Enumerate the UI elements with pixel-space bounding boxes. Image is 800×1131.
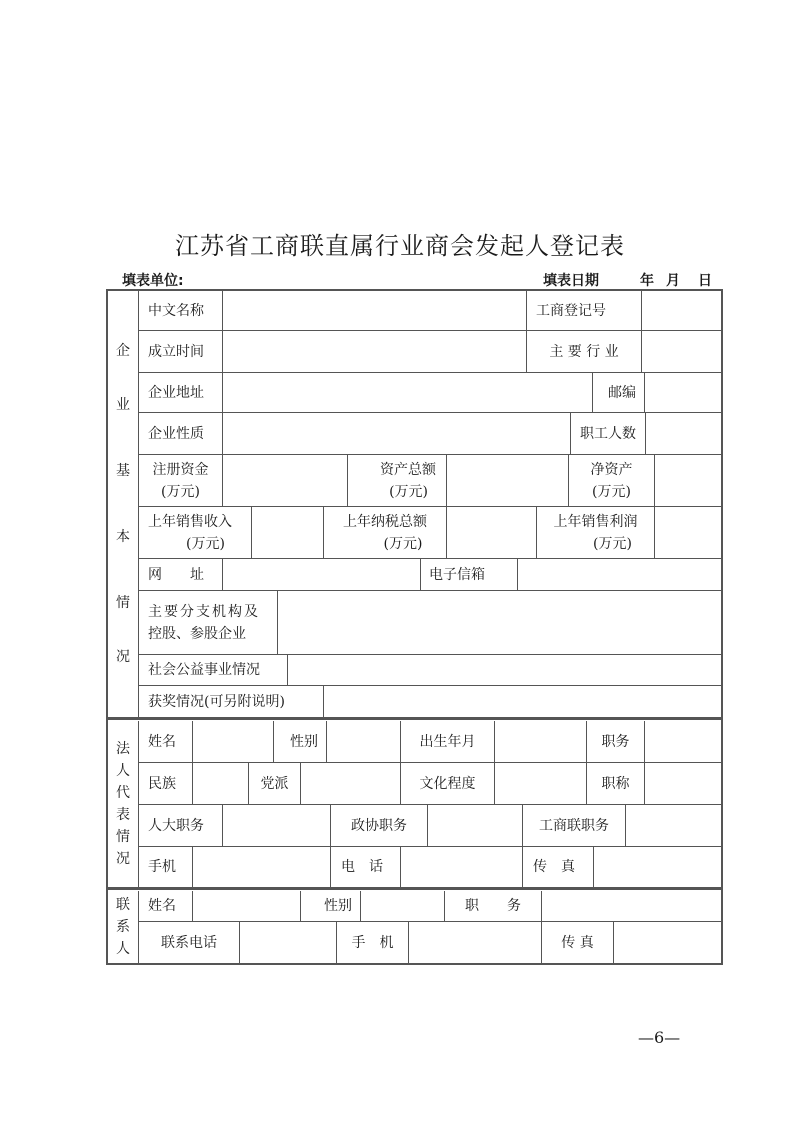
contact-mobile-field[interactable] [409,922,542,963]
last-tax-field[interactable] [447,507,537,559]
section-contact-label: 联 系 人 [108,891,139,963]
registration-table: 企 业 基 本 情 况 中文名称 工商登记号 成立时间 主 要 行 业 企业地址… [106,289,723,965]
label-contact-mobile: 手 机 [337,922,409,963]
label-founded: 成立时间 [139,331,223,373]
label-nature: 企业性质 [139,413,223,455]
address-field[interactable] [223,373,593,413]
lr-npc-field[interactable] [223,805,331,847]
label-contact-fax: 传 真 [542,922,614,963]
industry-field[interactable] [642,331,721,373]
label-lr-ethnicity: 民族 [139,763,193,805]
label-line: 上年纳税总额 [343,511,427,533]
label-address: 企业地址 [139,373,223,413]
lr-fax-field[interactable] [594,847,721,888]
label-lr-phone: 电 话 [331,847,401,888]
section-char: 表 [116,804,130,826]
fill-date-label: 填表日期 [543,270,599,290]
lr-phone-field[interactable] [401,847,523,888]
staff-count-field[interactable] [646,413,721,455]
label-contact-gender: 性别 [301,891,361,922]
lr-party-field[interactable] [301,763,401,805]
label-line: 控股、参股企业 [148,623,246,645]
form-title: 江苏省工商联直属行业商会发起人登记表 [0,226,800,261]
fill-unit-label: 填表单位: [122,270,184,290]
label-lr-position: 职务 [587,721,645,763]
net-assets-field[interactable] [655,455,721,507]
label-line: 资产总额 [380,459,436,481]
last-profit-field[interactable] [655,507,721,559]
label-reg-no: 工商登记号 [527,291,642,331]
label-lr-title: 职称 [587,763,645,805]
label-lr-gender: 性别 [274,721,327,763]
label-total-assets: 资产总额 (万元) [348,455,447,507]
website-field[interactable] [223,559,421,591]
section-char: 本 [116,526,130,548]
day-label: 日 [698,270,712,290]
awards-field[interactable] [324,686,721,718]
label-reg-capital: 注册资金 (万元) [139,455,223,507]
label-line: (万元) [148,533,225,555]
lr-ethnicity-field[interactable] [193,763,249,805]
label-contact-position: 职 务 [445,891,542,922]
lr-name-field[interactable] [193,721,274,763]
label-line: (万元) [592,481,631,503]
label-last-profit: 上年销售利润 (万元) [537,507,655,559]
lr-fic-field[interactable] [626,805,721,847]
label-lr-birth: 出生年月 [401,721,495,763]
label-last-sales: 上年销售收入 (万元) [139,507,252,559]
label-lr-mobile: 手机 [139,847,193,888]
label-lr-cppcc: 政协职务 [331,805,428,847]
label-lr-name: 姓名 [139,721,193,763]
lr-mobile-field[interactable] [193,847,331,888]
label-website: 网 址 [139,559,223,591]
contact-phone-field[interactable] [240,922,337,963]
label-line: (万元) [348,533,423,555]
label-lr-npc: 人大职务 [139,805,223,847]
label-lr-party: 党派 [249,763,301,805]
charity-field[interactable] [288,655,721,686]
section-legal-rep-label: 法 人 代 表 情 况 [108,721,139,888]
label-industry: 主 要 行 业 [527,331,642,373]
page-number: —6— [638,1028,680,1047]
last-sales-field[interactable] [252,507,324,559]
chinese-name-field[interactable] [223,291,527,331]
lr-gender-field[interactable] [327,721,401,763]
section-divider [108,888,721,890]
label-email: 电子信箱 [421,559,518,591]
nature-field[interactable] [223,413,571,455]
label-chinese-name: 中文名称 [139,291,223,331]
postcode-field[interactable] [645,373,721,413]
label-lr-education: 文化程度 [401,763,495,805]
section-char: 况 [116,646,130,668]
label-lr-fic: 工商联职务 [523,805,626,847]
month-label: 月 [666,270,680,290]
section-char: 系 [116,916,130,938]
total-assets-field[interactable] [447,455,569,507]
lr-cppcc-field[interactable] [428,805,523,847]
section-char: 况 [116,848,130,870]
section-char: 代 [116,782,130,804]
lr-birth-field[interactable] [495,721,587,763]
contact-gender-field[interactable] [361,891,445,922]
year-label: 年 [640,270,654,290]
label-staff-count: 职工人数 [571,413,646,455]
section-char: 情 [116,826,130,848]
label-contact-name: 姓名 [139,891,193,922]
label-contact-phone: 联系电话 [139,922,240,963]
section-char: 人 [116,938,130,960]
label-line: (万元) [559,533,632,555]
label-lr-fax: 传 真 [523,847,594,888]
section-char: 人 [116,760,130,782]
lr-education-field[interactable] [495,763,587,805]
branches-field[interactable] [278,591,721,655]
section-char: 法 [116,738,130,760]
contact-name-field[interactable] [193,891,301,922]
section-char: 企 [116,340,130,362]
label-awards: 获奖情况(可另附说明) [139,686,324,718]
lr-title-field[interactable] [645,763,721,805]
label-last-tax: 上年纳税总额 (万元) [324,507,447,559]
section-char: 联 [116,894,130,916]
label-line: (万元) [161,481,200,503]
label-postcode: 邮编 [593,373,645,413]
label-branches: 主要分支机构及 控股、参股企业 [139,591,278,655]
section-char: 情 [116,592,130,614]
label-line: 注册资金 [153,459,209,481]
email-field[interactable] [518,559,721,591]
reg-capital-field[interactable] [223,455,348,507]
label-charity: 社会公益事业情况 [139,655,288,686]
label-line: 净资产 [591,459,633,481]
label-net-assets: 净资产 (万元) [569,455,655,507]
label-line: 上年销售利润 [554,511,638,533]
label-line: 主要分支机构及 [148,601,260,623]
contact-fax-field[interactable] [614,922,721,963]
section-char: 业 [116,394,130,416]
contact-position-field[interactable] [542,891,721,922]
section-divider [108,718,721,720]
label-line: 上年销售收入 [148,511,232,533]
founded-field[interactable] [223,331,527,373]
lr-position-field[interactable] [645,721,721,763]
label-line: (万元) [389,481,436,503]
section-enterprise-label: 企 业 基 本 情 况 [108,291,139,718]
section-char: 基 [116,460,130,482]
reg-no-field[interactable] [642,291,721,331]
